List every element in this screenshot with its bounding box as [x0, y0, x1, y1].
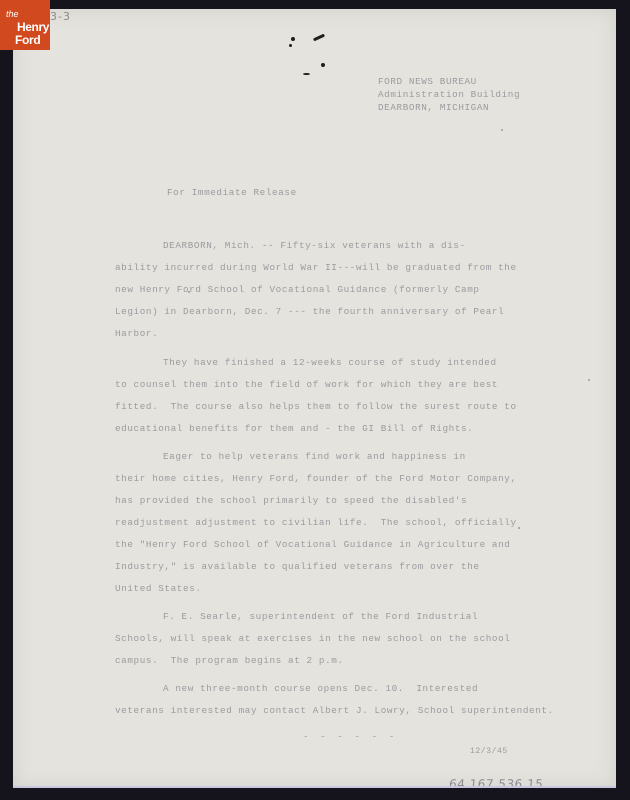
pencil-note: 3-3	[50, 10, 71, 23]
body-line: the "Henry Ford School of Vocational Gui…	[115, 539, 510, 550]
body-line: A new three-month course opens Dec. 10. …	[163, 683, 478, 694]
letterhead-line: DEARBORN, MICHIGAN	[378, 102, 489, 113]
ink-specks	[281, 29, 341, 79]
body-line: new Henry Ford School of Vocational Guid…	[115, 284, 480, 295]
body-line: campus. The program begins at 2 p.m.	[115, 655, 344, 666]
body-line: has provided the school primarily to spe…	[115, 495, 467, 506]
logo-henry: Henry	[17, 21, 49, 33]
body-line: F. E. Searle, superintendent of the Ford…	[163, 611, 478, 622]
catalog-id: 64.167.536.15	[448, 777, 544, 791]
file-code: 12/3/45	[470, 747, 508, 756]
body-line: Harbor.	[115, 328, 158, 339]
body-line: They have finished a 12-weeks course of …	[163, 357, 497, 368]
body-line: Industry," is available to qualified vet…	[115, 561, 480, 572]
letterhead-line: Administration Building	[378, 89, 520, 100]
logo-the: the	[6, 10, 19, 19]
body-line: DEARBORN, Mich. -- Fifty-six veterans wi…	[163, 240, 466, 251]
body-line: veterans interested may contact Albert J…	[115, 705, 554, 716]
body-line: readjustment adjustment to civilian life…	[115, 517, 517, 528]
body-line: fitted. The course also helps them to fo…	[115, 401, 517, 412]
body-line: their home cities, Henry Ford, founder o…	[115, 473, 517, 484]
paper-speck	[188, 291, 190, 293]
paper-speck	[501, 129, 503, 131]
body-line: Eager to help veterans find work and hap…	[163, 451, 466, 462]
body-line: educational benefits for them and - the …	[115, 423, 473, 434]
document-page: FORD NEWS BUREAU Administration Building…	[13, 9, 616, 788]
letterhead-line: FORD NEWS BUREAU	[378, 76, 477, 87]
body-line: to counsel them into the field of work f…	[115, 379, 498, 390]
logo-ford: Ford	[15, 34, 40, 46]
end-marks: - - - - - -	[303, 731, 397, 742]
body-line: Schools, will speak at exercises in the …	[115, 633, 510, 644]
release-heading: For Immediate Release	[167, 187, 297, 198]
paper-speck	[518, 527, 520, 529]
henry-ford-logo: the Henry Ford	[0, 0, 50, 50]
body-line: Legion) in Dearborn, Dec. 7 --- the four…	[115, 306, 504, 317]
body-line: United States.	[115, 583, 202, 594]
paper-speck	[588, 379, 590, 381]
body-line: ability incurred during World War II---w…	[115, 262, 517, 273]
